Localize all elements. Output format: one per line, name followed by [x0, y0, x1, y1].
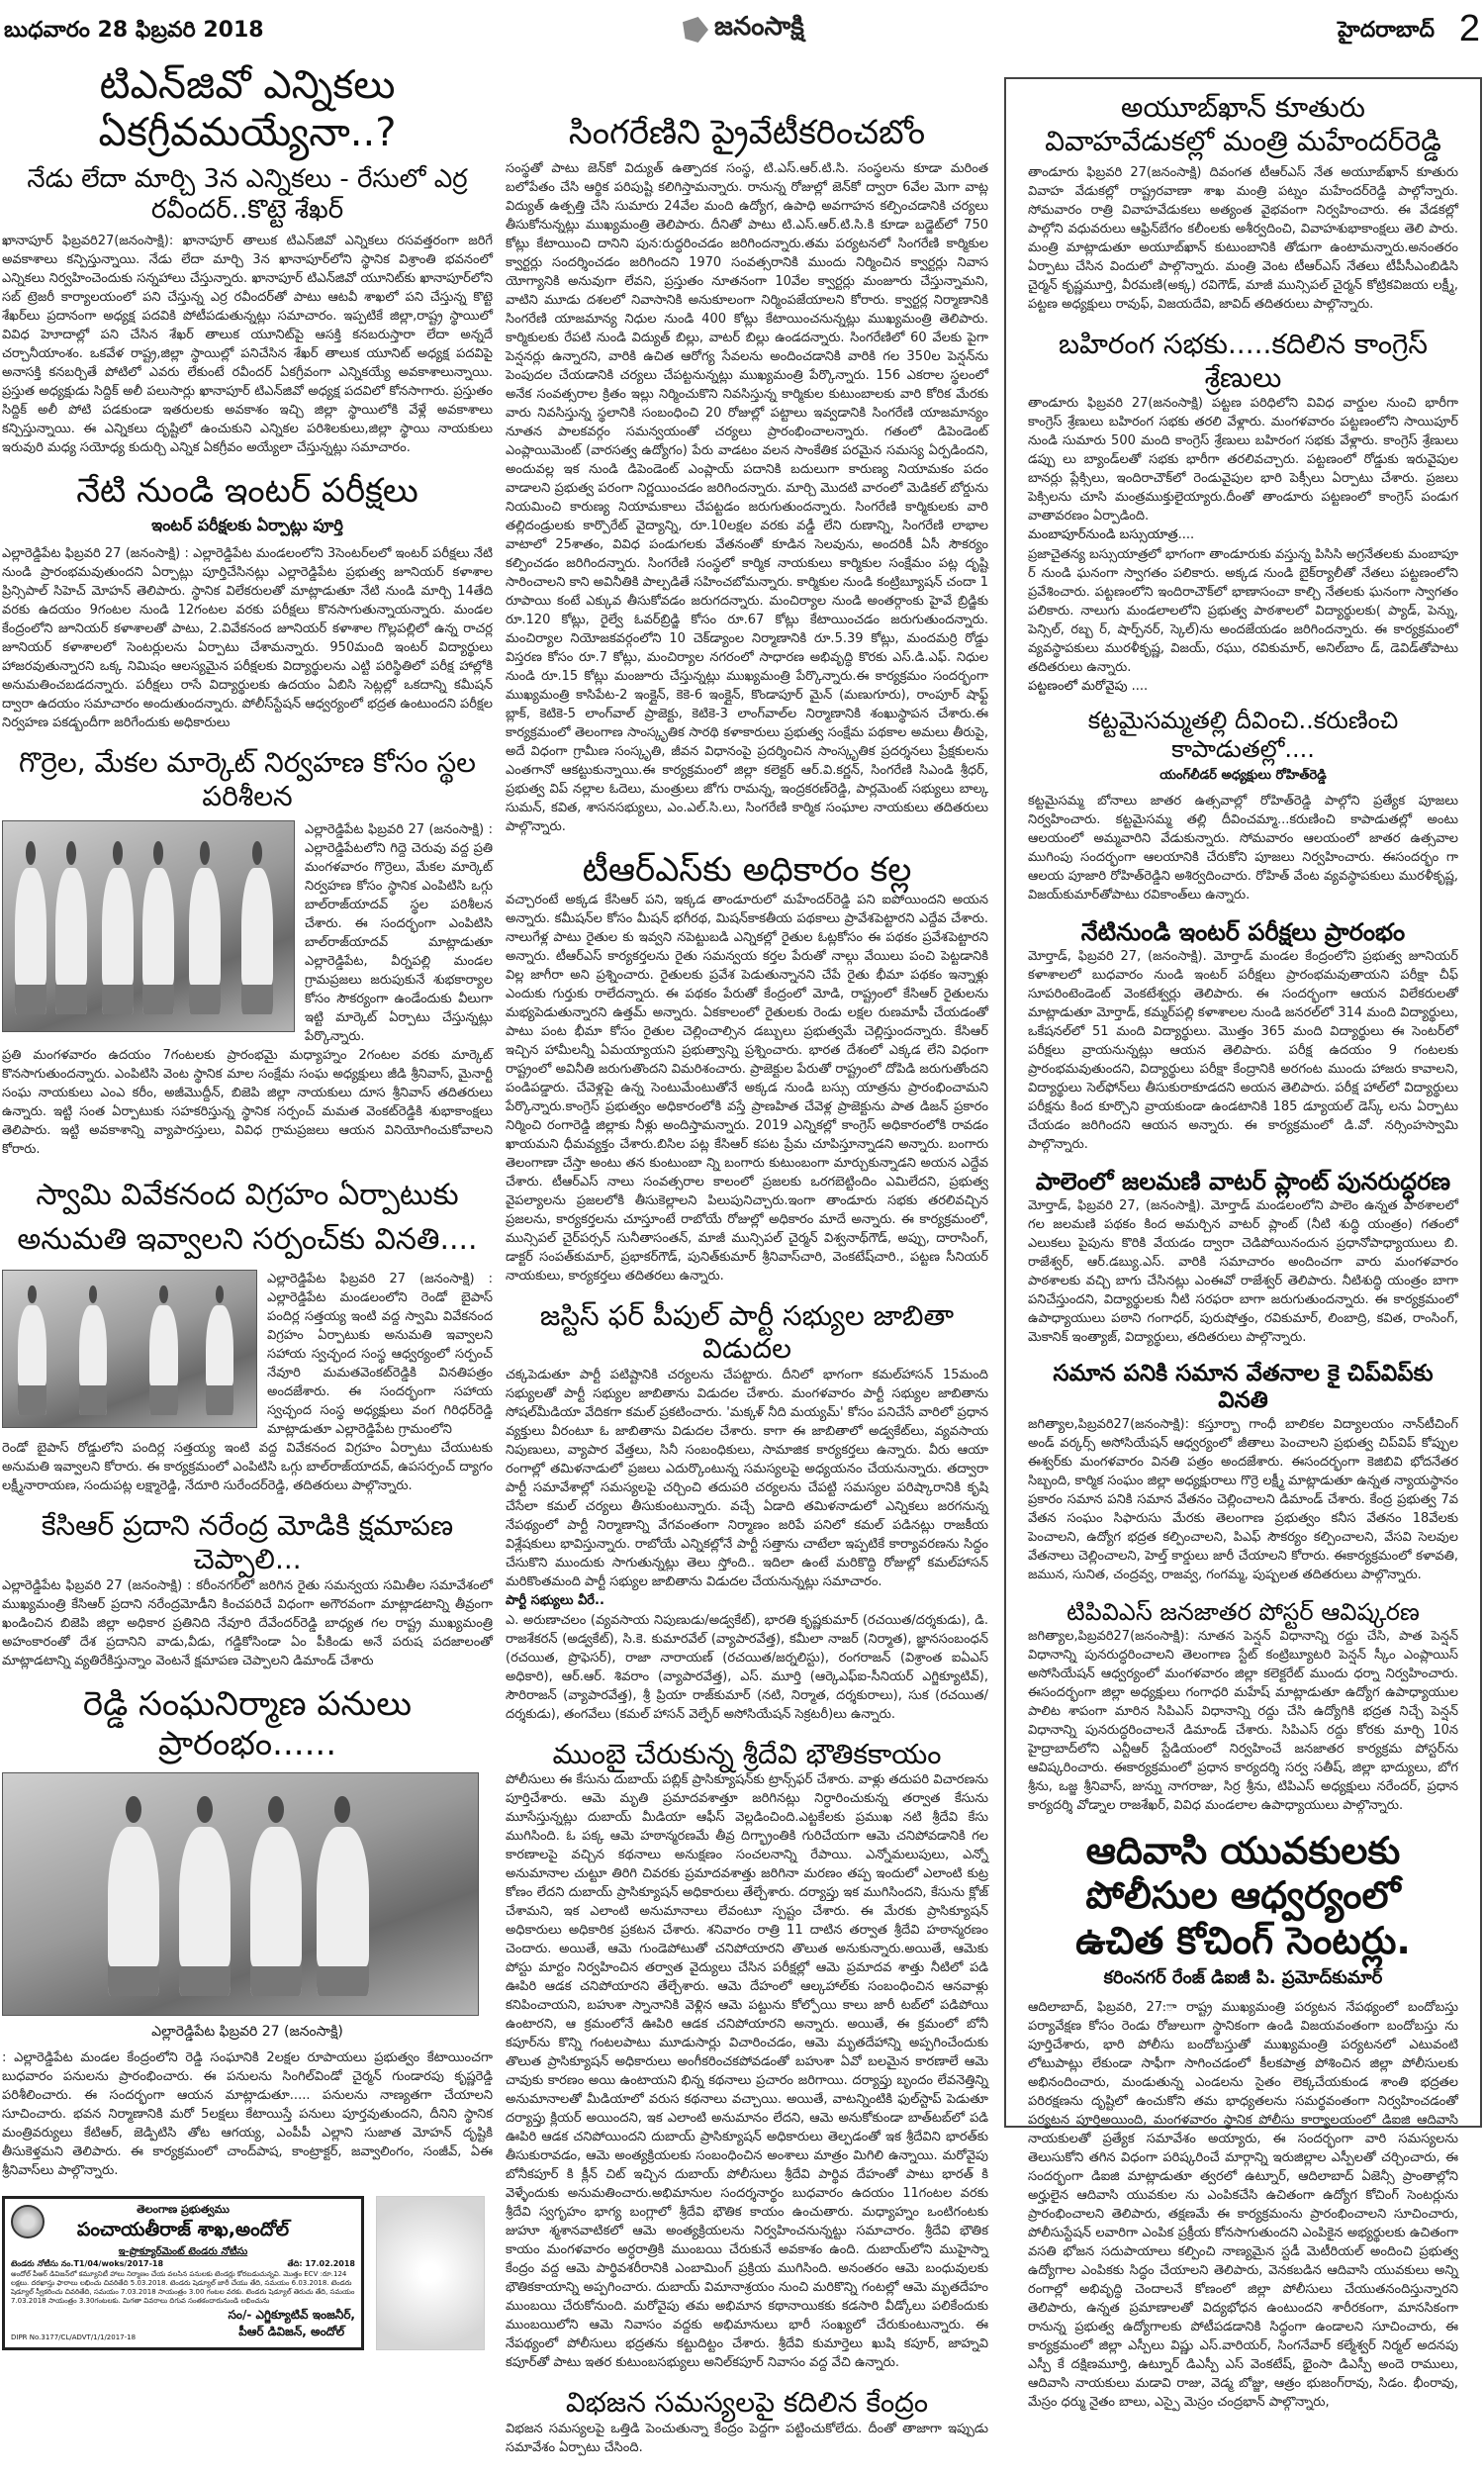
article-sridevi: ముంబై చేరుకున్న శ్రీదేవి భౌతికకాయం పోలీస…: [506, 1738, 988, 2373]
article-body: మోర్తాడ్‌, ఫిబ్రవరి 27, (జనంసాక్షి). మోర…: [1028, 1196, 1458, 1347]
headline-line-1: ఆదివాసి యువకులకు: [1028, 1829, 1458, 1874]
list-title: పార్టీ సభ్యులు వీరే..: [506, 1593, 988, 1611]
article-body: ఖానాపూర్‌ ఫిబ్రవరి27(జనంసాక్షి): ఖానాపూర…: [2, 232, 493, 457]
article-body: జగిత్యాల,పిబ్రవరి27(జనంసాక్షి): కస్తూర్బ…: [1028, 1415, 1458, 1584]
article-body: కట్టమైసమ్మ బోనాలు జాతర ఉత్సవాల్లో రోహిత్…: [1028, 792, 1458, 904]
article-reddy-sangham: రెడ్డి సంఘనిర్మాణ పనులు ప్రారంభం...... ఎ…: [2, 1684, 493, 2181]
headline: కేసిఆర్‌ ప్రదాని నరేంద్ర మోడికి క్షమాపణ …: [2, 1509, 493, 1575]
article-adivasi-coaching: ఆదివాసి యువకులకు పోలీసుల ఆధ్వర్యంలో ఉచిత…: [1028, 1829, 1458, 2413]
page-number: 2: [1459, 8, 1480, 50]
middle-column: సింగరేణిని ప్రైవేటీకరించబోం సంస్థతో పాటు…: [506, 61, 988, 2471]
headline: గొర్రెల, మేకల మార్కెట్‌ నిర్వహణ కోసం స్థ…: [2, 746, 493, 812]
ad-notice-number: టెండరు నోటీసు నం.T1/04/woks/2017-18: [11, 2259, 163, 2270]
article-bifurcation: విభజన సమస్యలపై కదిలిన కేంద్రం విభజన సమస్…: [506, 2386, 988, 2457]
dateline: ఎల్లారెడ్డిపేట ఫిబ్రవరి 27 (జనంసాక్షి): [2, 2024, 493, 2043]
article-singareni: సింగరేణిని ప్రైవేటీకరించబోం సంస్థతో పాటు…: [506, 113, 988, 836]
market-site-photo: [2, 820, 295, 1032]
ad-signatory-office: పీఆర్‌ డివిజన్‌, అందోల్‌: [228, 2325, 355, 2341]
article-body: ఆదిలాబాద్‌, ఫిబ్రవరి, 27:ా రాష్ట్ర ముఖ్య…: [1028, 1998, 1458, 2412]
article-body: తాండూరు ఫిబ్రవరి 27(జనంసాక్షి) దివంగత టీ…: [1028, 163, 1458, 314]
member-list: ఎ. అరుణాచలం (వ్యవసాయ నిపుణుడు/అడ్వకేట్‌)…: [506, 1611, 988, 1724]
petition-photo: [2, 1270, 257, 1428]
ad-notice-date: తేది: 17.02.2018: [288, 2259, 355, 2270]
telangana-map-icon: [683, 17, 708, 43]
ad-tender-title: ఇ-ప్రొక్యూర్‌మెంట్‌ టెండరు నోటీసు: [11, 2245, 355, 2259]
headline-line-2: వివాహవేడుకల్లో మంత్రి మహేందర్‌రెడ్డి: [1028, 125, 1458, 158]
article-body-side: ఎల్లారెడ్డిపేట ఫిబ్రవరి 27 (జనంసాక్షి) :…: [267, 1270, 493, 1439]
headline: పాలెంలో జలమణి వాటర్‌ ప్లాంట్‌ పునరుద్ధరణ: [1028, 1168, 1458, 1196]
article-body: పోలీసులు ఈ కేసును దుబాయ్‌ పబ్లిక్‌ ప్రాస…: [506, 1770, 988, 2372]
article-body: ప్రతి మంగళవారం ఉదయం 7గంటలకు ప్రారంభమై మధ…: [2, 1046, 493, 1159]
logo-text: జనంసాక్షి: [714, 12, 804, 48]
article-body: ఎల్లారెడ్డిపేట ఫిబ్రవరి 27 (జనంసాక్షి) :…: [2, 1576, 493, 1670]
article-equal-pay: సమాన పనికి సమాన వేతనాల కై చిప్‌విప్‌కు వ…: [1028, 1361, 1458, 1584]
headline: విభజన సమస్యలపై కదిలిన కేంద్రం: [506, 2386, 988, 2420]
headline: బహిరంగ సభకు.....కదిలిన కాంగ్రెస్‌ శ్రేణు…: [1028, 328, 1458, 394]
headline: టీఆర్‌ఎస్‌కు అధికారం కల్ల: [506, 850, 988, 891]
article-body: : ఎల్లారెడ్డిపేట మండల కేంద్రంలోని రెడ్డి…: [2, 2048, 493, 2180]
article-kamal-party-list: జస్టిస్‌ ఫర్‌ పీపుల్‌ పార్టీ సభ్యుల జాబి…: [506, 1299, 988, 1724]
article-body: విభజన సమస్యలపై ఒత్తిడి పెంచుతున్నా కేంద్…: [506, 2420, 988, 2457]
headline-line-1: అయూబ్‌ఖాన్‌ కూతురు: [1028, 91, 1458, 125]
section-subtitle: మంబాపూర్‌నుండి బస్సుయాత్ర....: [1028, 527, 1458, 545]
ad-signatory: సం/- ఎగ్జిక్యూటివ్‌ ఇంజనీర్‌,: [228, 2308, 355, 2325]
article-inter-exams: నేటి నుండి ఇంటర్‌ పరీక్షలు ఇంటర్‌ పరీక్ష…: [2, 471, 493, 732]
headline: టిపివిఎస్‌ జనజాతర పోస్టర్‌ ఆవిష్కరణ: [1028, 1598, 1458, 1627]
headline-line-3: ఉచిత కోచింగ్‌ సెంటర్లు.: [1028, 1919, 1458, 1964]
article-body: జగిత్యాల,పిబ్రవరి27(జనంసాక్షి): నూతన పెన…: [1028, 1627, 1458, 1815]
headline: జస్టిస్‌ ఫర్‌ పీపుల్‌ పార్టీ సభ్యుల జాబి…: [506, 1299, 988, 1366]
article-body: తాండూరు ఫిబ్రవరి 27(జనంసాక్షి) పట్టణ పరి…: [1028, 394, 1458, 525]
ad-dipr-number: DIPR No.3177/CL/ADVT/1/1/2017-18: [11, 2333, 136, 2341]
subhead: ఇంటర్‌ పరీక్షలకు ఏర్పాట్లు పూర్తి: [2, 516, 493, 538]
article-body: ఎల్లారెడ్డిపేట ఫిబ్రవరి 27 (జనంసాక్షి) :…: [2, 544, 493, 732]
ad-text: అందోల్‌ పీఆర్‌ డివిజన్‌లో కమ్యూనిటీ హాలు…: [11, 2270, 355, 2306]
headline: ముంబై చేరుకున్న శ్రీదేవి భౌతికకాయం: [506, 1738, 988, 1771]
issue-date: బుధవారం 28 ఫిబ్రవరి 2018: [4, 18, 264, 48]
article-tngo-elections: టిఎన్‌జివో ఎన్నికలు ఏకగ్రీవమయ్యేనా..? నే…: [2, 61, 493, 457]
ad-department: పంచాయతీరాజ్‌ శాఖ,అందోల్‌: [11, 2219, 355, 2245]
article-body: చక్కపెడుతూ పార్టీ పటిష్టానికి చర్యలను చే…: [506, 1366, 988, 1591]
headline: నేటి నుండి ఇంటర్‌ పరీక్షలు: [2, 471, 493, 512]
article-sheep-market: గొర్రెల, మేకల మార్కెట్‌ నిర్వహణ కోసం స్థ…: [2, 746, 493, 1159]
article-tpvs-poster: టిపివిఎస్‌ జనజాతర పోస్టర్‌ ఆవిష్కరణ జగిత…: [1028, 1598, 1458, 1815]
headline: స్వామి వివేకనంద విగ్రహం ఏర్పాటుకు అనుమతి…: [2, 1173, 493, 1262]
article-water-plant: పాలెంలో జలమణి వాటర్‌ ప్లాంట్‌ పునరుద్ధరణ…: [1028, 1168, 1458, 1347]
advertisement-row: తెలంగాణ ప్రభుత్వము పంచాయతీరాజ్‌ శాఖ,అందో…: [2, 2196, 493, 2350]
masthead: బుధవారం 28 ఫిబ్రవరి 2018 జనంసాక్షి హైదరా…: [0, 12, 1484, 51]
article-body-2: ప్రజాచైతన్య బస్సుయాత్రలో భాగంగా తాండూరుక…: [1028, 545, 1458, 677]
article-body: మోర్తాడ్‌, ఫిబ్రవరి 27, (జనంసాక్షి). మోర…: [1028, 947, 1458, 1154]
edition-city: హైదరాబాద్: [1338, 18, 1435, 48]
tender-notice-ad[interactable]: తెలంగాణ ప్రభుత్వము పంచాయతీరాజ్‌ శాఖ,అందో…: [2, 2196, 364, 2350]
article-ayub-khan-wedding: అయూబ్‌ఖాన్‌ కూతురు వివాహవేడుకల్లో మంత్రి…: [1028, 91, 1458, 314]
article-trs-power: టీఆర్‌ఎస్‌కు అధికారం కల్ల వచ్చారంటే అక్క…: [506, 850, 988, 1285]
article-inter-exams-mortad: నేటినుండి ఇంటర్‌ పరీక్షలు ప్రారంభం మోర్త…: [1028, 918, 1458, 1154]
headline: నేటినుండి ఇంటర్‌ పరీక్షలు ప్రారంభం: [1028, 918, 1458, 947]
construction-site-photo: [2, 1772, 479, 2016]
article-body: వచ్చారంటే అక్కడ కేసిఆర్‌ పని, ఇక్కడ తాండ…: [506, 891, 988, 1285]
headline: సింగరేణిని ప్రైవేటీకరించబోం: [506, 113, 988, 153]
section-subtitle-2: పట్టణంలో మరోవైపు ....: [1028, 679, 1458, 697]
article-kattamaisamma: కట్టమైసమ్మతల్లి దీవించి..కరుణించి కాపాడు…: [1028, 707, 1458, 904]
subhead: నేడు లేదా మార్చి 3న ఎన్నికలు - రేసులో ఎర…: [2, 164, 493, 226]
headline: సమాన పనికి సమాన వేతనాల కై చిప్‌విప్‌కు వ…: [1028, 1361, 1458, 1415]
article-body: సంస్థతో పాటు జెన్‌కో విద్యుత్‌ ఉత్పాదక స…: [506, 159, 988, 836]
subhead: కరింనగర్‌ రేంజ్‌ డిఐజీ పి. ప్రమోద్‌కుమార…: [1028, 1967, 1458, 1992]
article-vivekananda-statue: స్వామి వివేకనంద విగ్రహం ఏర్పాటుకు అనుమతి…: [2, 1173, 493, 1495]
ad-government: తెలంగాణ ప్రభుత్వము: [11, 2203, 355, 2219]
newspaper-logo[interactable]: జనంసాక్షి: [683, 12, 804, 48]
blank-ad-placeholder: [376, 2196, 485, 2350]
subhead: యంగ్‌లీడర్‌ అధ్యక్షులు రోహిత్‌రెడ్డి: [1028, 768, 1458, 786]
left-column: టిఎన్‌జివో ఎన్నికలు ఏకగ్రీవమయ్యేనా..? నే…: [2, 61, 493, 2350]
headline: రెడ్డి సంఘనిర్మాణ పనులు ప్రారంభం......: [2, 1684, 493, 1765]
telangana-govt-seal-icon: [11, 2205, 45, 2238]
article-congress-rally: బహిరంగ సభకు.....కదిలిన కాంగ్రెస్‌ శ్రేణు…: [1028, 328, 1458, 697]
article-kcr-apology: కేసిఆర్‌ ప్రదాని నరేంద్ర మోడికి క్షమాపణ …: [2, 1509, 493, 1669]
article-body: రెండో బైపాస్‌ రోడ్డులోని పందిర్ల సత్తయ్య…: [2, 1439, 493, 1495]
headline: టిఎన్‌జివో ఎన్నికలు ఏకగ్రీవమయ్యేనా..?: [2, 61, 493, 156]
headline-line-2: పోలీసుల ఆధ్వర్యంలో: [1028, 1873, 1458, 1919]
right-boxed-column: అయూబ్‌ఖాన్‌ కూతురు వివాహవేడుకల్లో మంత్రి…: [1004, 77, 1482, 2128]
headline: కట్టమైసమ్మతల్లి దీవించి..కరుణించి కాపాడు…: [1028, 707, 1458, 764]
article-body-side: ఎల్లారెడ్డిపేట ఫిబ్రవరి 27 (జనంసాక్షి) :…: [305, 820, 493, 1046]
